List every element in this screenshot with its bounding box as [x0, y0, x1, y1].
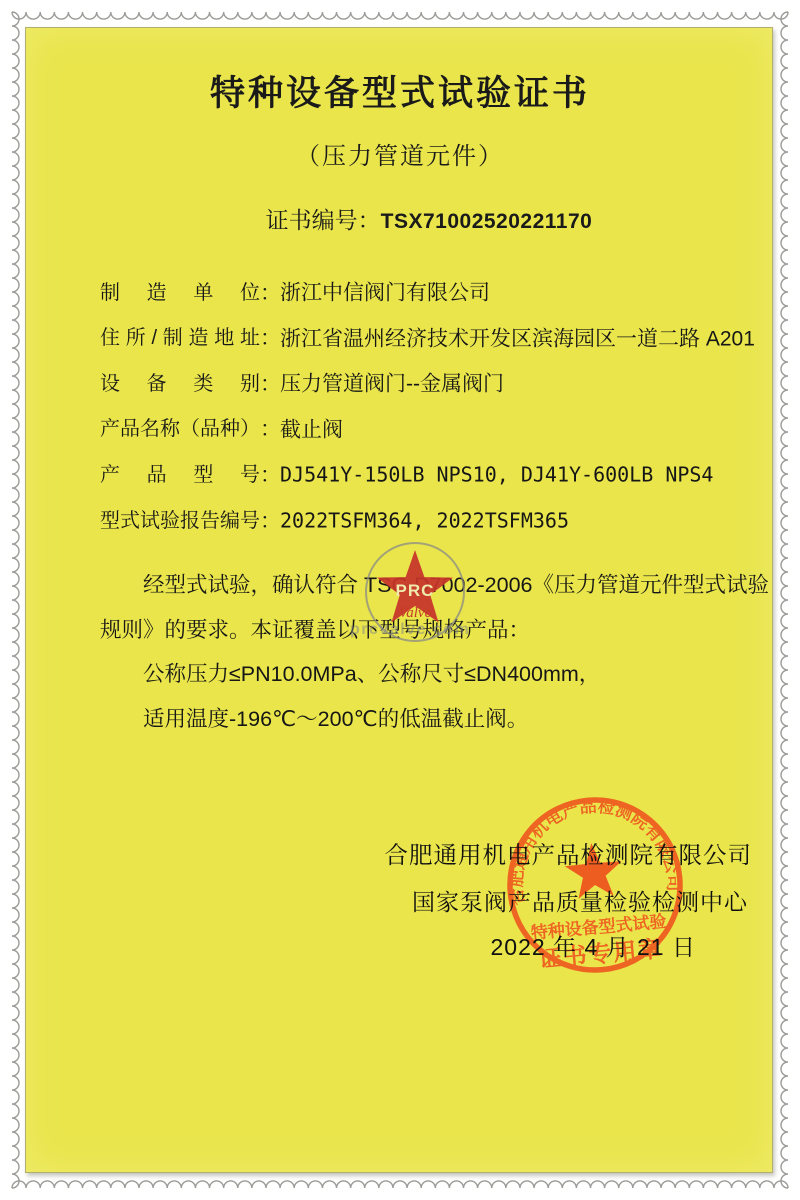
field-value: 截止阀 — [280, 418, 343, 441]
field-label: 住所/制造地址 — [100, 316, 260, 362]
field-row-product-model: 产品型号：DJ541Y-150LB NPS10, DJ41Y-600LB NPS… — [100, 452, 760, 498]
certificate-number-label: 证书编号： — [266, 207, 381, 233]
field-row-manufacturer: 制造单位：浙江中信阀门有限公司 — [100, 270, 760, 316]
certificate-page: 特种设备型式试验证书 （压力管道元件） 证书编号：TSX710025202211… — [0, 0, 800, 1200]
field-row-test-report-number: 型式试验报告编号：2022TSFM364, 2022TSFM365 — [100, 498, 760, 544]
field-row-equipment-category: 设备类别：压力管道阀门--金属阀门 — [100, 361, 760, 407]
field-colon: ： — [260, 271, 280, 317]
issuer-organization-name: 合肥通用机电产品检测院有限公司 — [385, 836, 753, 870]
logo-valve-text: Valve — [399, 605, 432, 621]
field-label: 产品型号 — [100, 453, 260, 499]
field-row-product-name: 产品名称（品种）：截止阀 — [100, 407, 760, 453]
certificate-subtitle: （压力管道元件） — [0, 136, 800, 171]
certificate-number-line: 证书编号：TSX71002520221170 — [29, 202, 800, 235]
body-line: 适用温度-196℃～200℃的低温截止阀。 — [100, 697, 772, 742]
field-colon: ： — [260, 407, 280, 453]
body-line: 公称压力≤PN10.0MPa、公称尺寸≤DN400mm， — [100, 652, 772, 697]
logo-prc-text: PRC — [396, 581, 435, 600]
issuer-center-name: 国家泵阀产品质量检验检测中心 — [412, 884, 748, 917]
field-value: 浙江省温州经济技术开发区滨海园区一道二路 A201 — [280, 327, 755, 350]
field-label: 产品名称（品种） — [100, 407, 260, 453]
field-label: 型式试验报告编号 — [100, 499, 260, 545]
field-colon: ： — [260, 499, 280, 545]
field-colon: ： — [260, 316, 280, 362]
field-colon: ： — [260, 453, 280, 499]
field-label: 设备类别 — [100, 362, 260, 408]
field-value: 浙江中信阀门有限公司 — [280, 282, 490, 305]
field-list: 制造单位：浙江中信阀门有限公司 住所/制造地址：浙江省温州经济技术开发区滨海园区… — [100, 270, 760, 544]
certificate-title: 特种设备型式试验证书 — [0, 66, 800, 116]
field-value: 2022TSFM364, 2022TSFM365 — [280, 509, 569, 533]
field-value: 压力管道阀门--金属阀门 — [280, 373, 504, 396]
field-row-address: 住所/制造地址：浙江省温州经济技术开发区滨海园区一道二路 A201 — [100, 316, 760, 362]
issue-date: 2022 年 4 月 21 日 — [491, 929, 697, 962]
watermark-url-text: prcvalve.com — [350, 621, 470, 639]
field-colon: ： — [260, 362, 280, 408]
certificate-number-value: TSX71002520221170 — [381, 210, 593, 233]
field-label: 制造单位 — [100, 271, 260, 317]
field-value: DJ541Y-150LB NPS10, DJ41Y-600LB NPS4 — [280, 463, 713, 487]
